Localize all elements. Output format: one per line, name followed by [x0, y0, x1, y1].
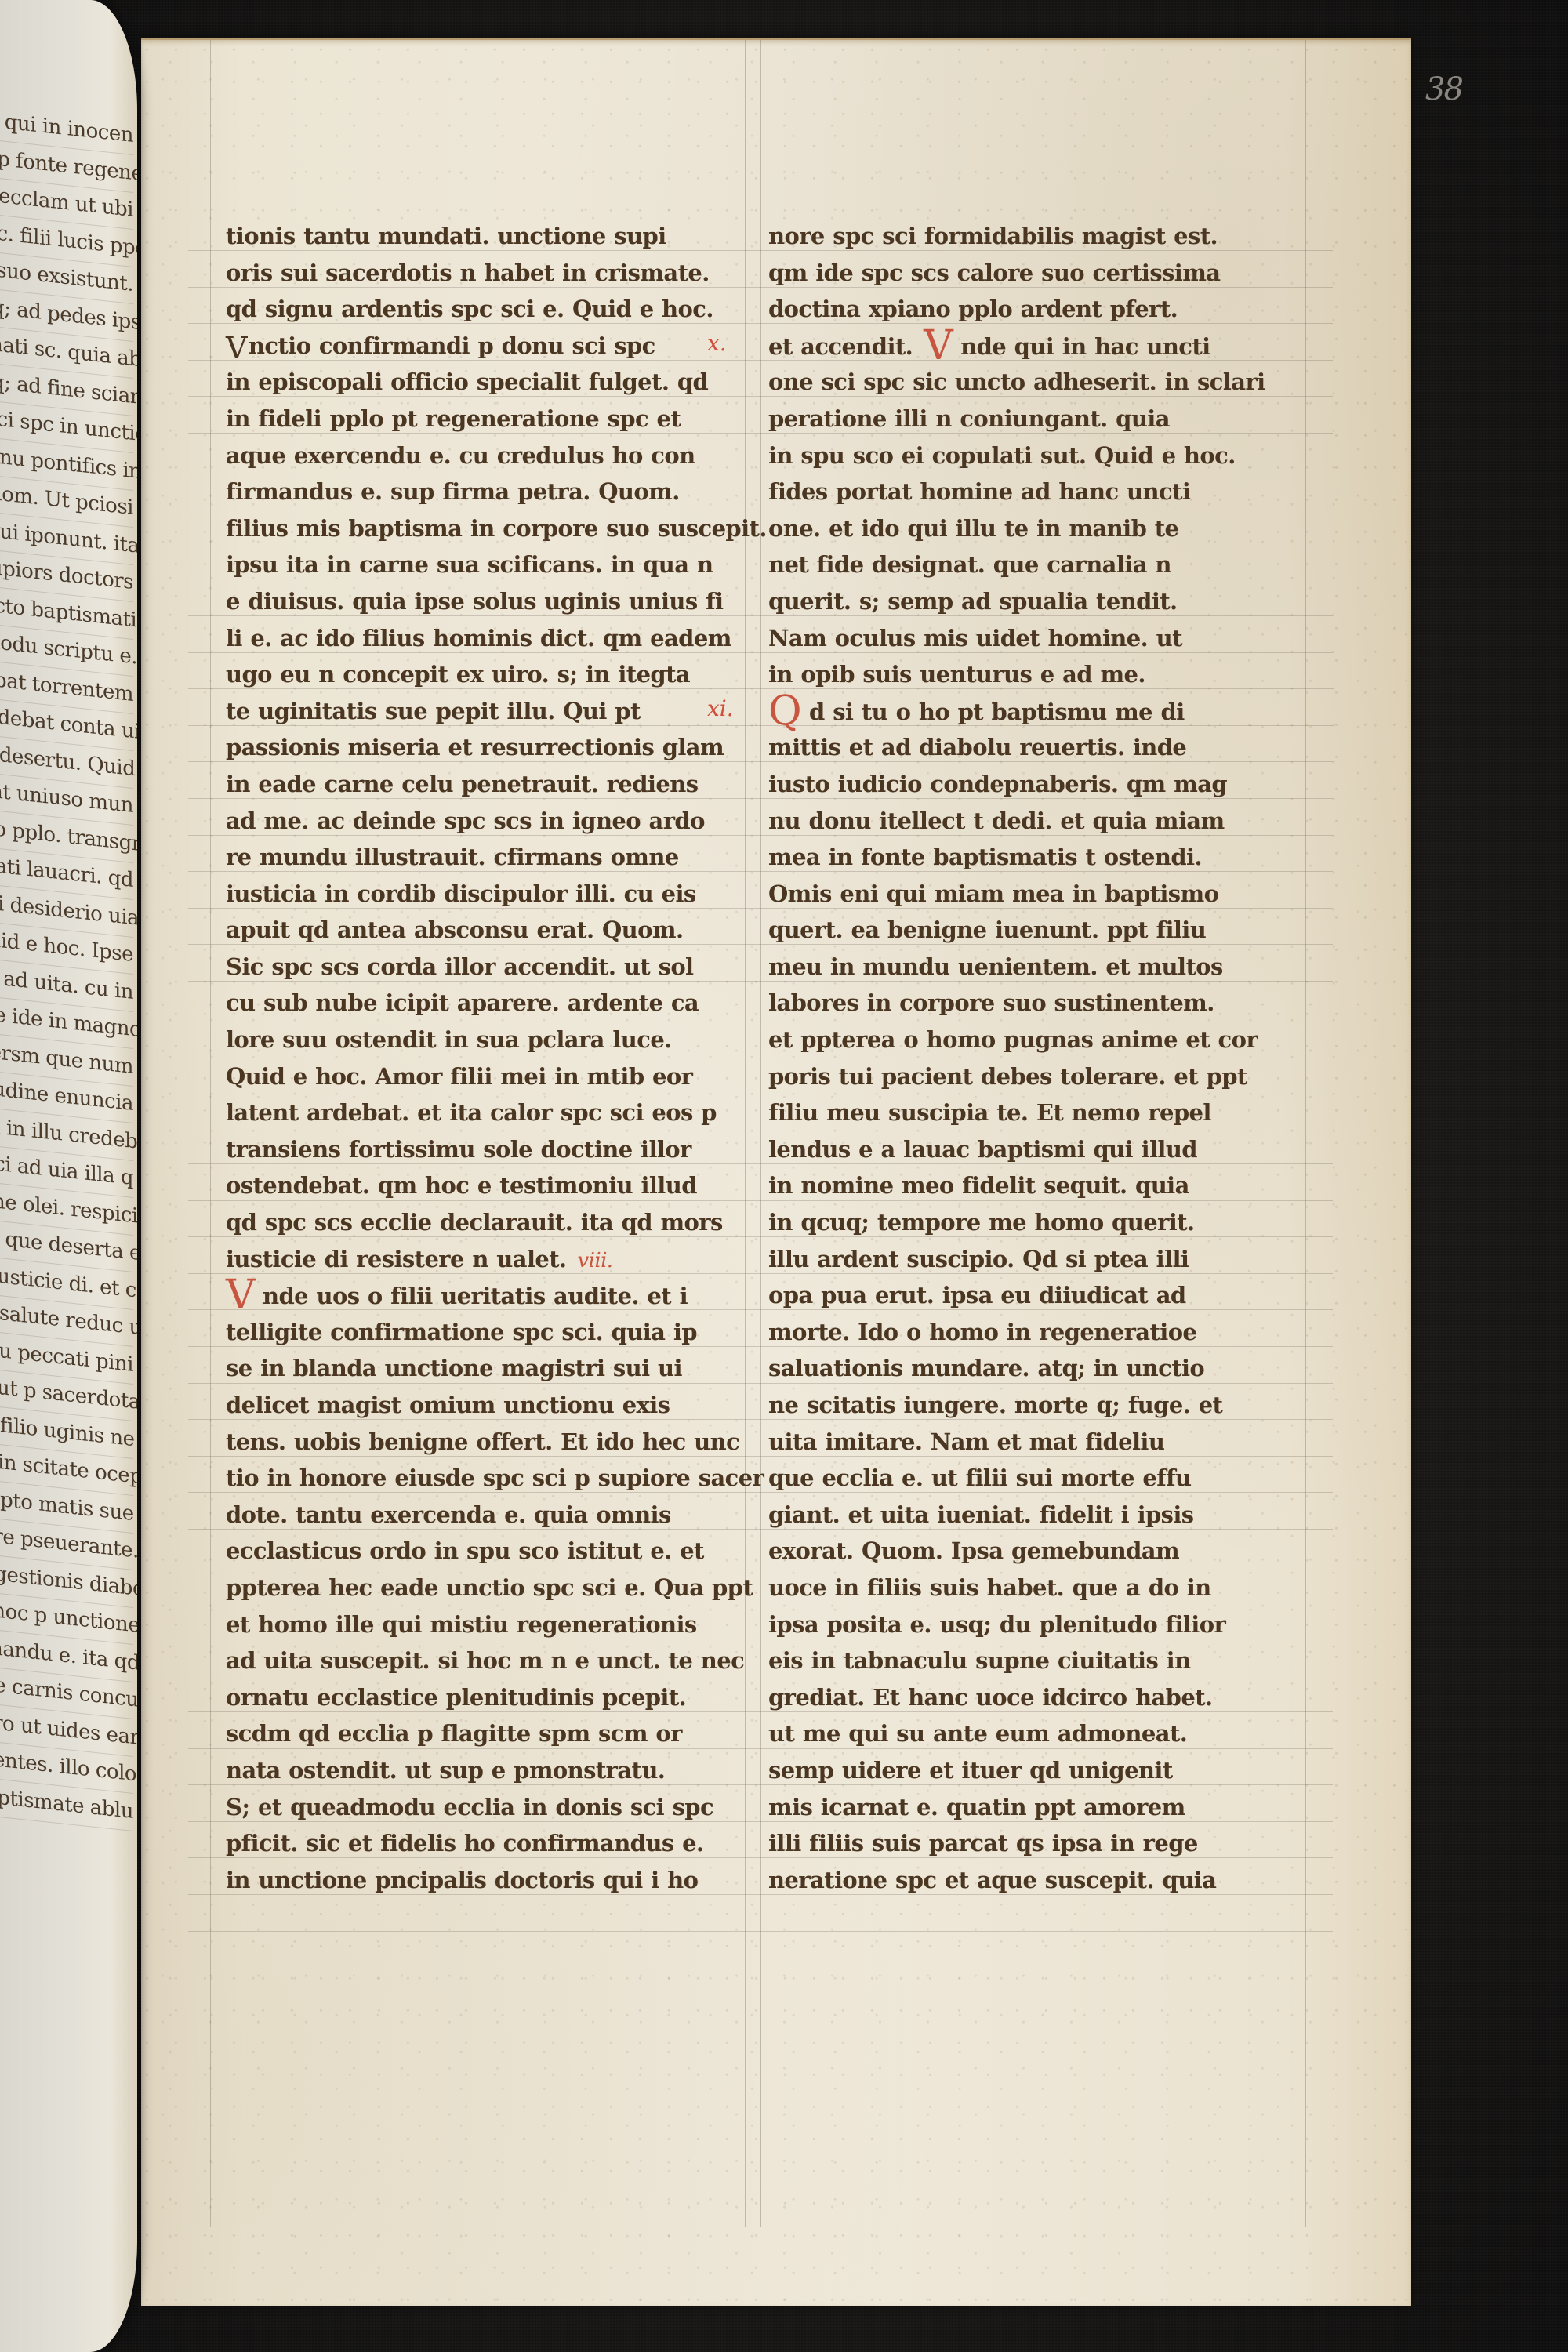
line-text: qd spc scs ecclie declarauit. ita qd mor…: [226, 1209, 723, 1236]
line-text: poris tui pacient debes tolerare. et ppt: [768, 1063, 1247, 1090]
manuscript-line: morte. Ido o homo in regeneratioe: [768, 1316, 1286, 1353]
line-text: uoce in filiis suis habet. que a do in: [768, 1574, 1211, 1601]
manuscript-line: Quid e hoc. Amor filii mei in mtib eor: [226, 1061, 728, 1098]
line-text: ugo eu n concepit ex uiro. s; in itegta: [226, 661, 690, 688]
manuscript-line: pficit. sic et fidelis ho confirmandus e…: [226, 1828, 728, 1864]
manuscript-line: Nam oculus mis uidet homine. ut: [768, 622, 1286, 659]
line-text: morte. Ido o homo in regeneratioe: [768, 1319, 1196, 1345]
rubric-numeral: viii.: [578, 1249, 613, 1272]
line-text: eis in tabnaculu supne ciuitatis in: [768, 1647, 1191, 1674]
manuscript-line: mea in fonte baptismatis t ostendi.: [768, 841, 1286, 878]
line-text: iusticia in cordib discipulor illi. cu e…: [226, 880, 696, 907]
initial-letter: V: [226, 331, 247, 365]
line-text: ad me. ac deinde spc scs in igneo ardo: [226, 808, 705, 834]
line-text: mea in fonte baptismatis t ostendi.: [768, 844, 1202, 870]
manuscript-line: telligite confirmatione spc sci. quia ip: [226, 1316, 728, 1353]
line-text: in unctione pncipalis doctoris qui i ho: [226, 1867, 698, 1893]
line-text: iusticie di resistere n ualet.: [226, 1246, 567, 1272]
manuscript-line: que ecclia e. ut filii sui morte effu: [768, 1462, 1286, 1499]
manuscript-line: ad me. ac deinde spc scs in igneo ardo: [226, 805, 728, 842]
manuscript-line: giant. et uita iueniat. fidelit i ipsis: [768, 1499, 1286, 1536]
manuscript-line: grediat. Et hanc uoce idcirco habet.: [768, 1682, 1286, 1719]
line-text: scdm qd ecclia p flagitte spm scm or: [226, 1720, 682, 1747]
manuscript-line: te uginitatis sue pepit illu. Qui pt: [226, 695, 728, 732]
manuscript-line: ad uita suscepit. si hoc m n e unct. te …: [226, 1645, 728, 1682]
manuscript-line: qm ide spc scs calore suo certissima: [768, 257, 1286, 294]
line-text: et ppterea o homo pugnas anime et cor: [768, 1026, 1258, 1053]
manuscript-line: one sci spc sic uncto adheserit. in scla…: [768, 366, 1286, 403]
line-text: grediat. Et hanc uoce idcirco habet.: [768, 1684, 1212, 1711]
line-text: transiens fortissimu sole doctine illor: [226, 1136, 691, 1163]
line-text: passionis miseria et resurrectionis glam: [226, 734, 724, 760]
verso-page: hu qui in inocenlis p fonte regenerat ec…: [0, 0, 137, 2352]
line-text: tens. uobis benigne offert. Et ido hec u…: [226, 1428, 739, 1455]
line-text: lendus e a lauac baptismi qui illud: [768, 1136, 1197, 1163]
line-text: nde qui in hac uncti: [960, 333, 1210, 360]
line-text: mittis et ad diabolu reuertis. inde: [768, 734, 1186, 760]
line-text: nde uos o filii ueritatis audite. et i: [263, 1283, 688, 1309]
text-column-left: tionis tantu mundati. unctione supioris …: [226, 220, 728, 1900]
manuscript-line: et homo ille qui mistiu regenerationis: [226, 1609, 728, 1646]
line-text: cu sub nube icipit aparere. ardente ca: [226, 989, 699, 1016]
line-text: li e. ac ido filius hominis dict. qm ead…: [226, 625, 731, 652]
manuscript-line: S; et queadmodu ecclia in donis sci spc: [226, 1791, 728, 1828]
manuscript-line: in episcopali officio specialit fulget. …: [226, 366, 728, 403]
recto-page: 38 tionis tantu mundati. unctione supior…: [141, 38, 1411, 2306]
line-text: ne scitatis iungere. morte q; fuge. et: [768, 1392, 1222, 1418]
line-text: dote. tantu exercenda e. quia omnis: [226, 1501, 671, 1528]
line-text: in episcopali officio specialit fulget. …: [226, 368, 708, 395]
line-text: lore suu ostendit in sua pclara luce.: [226, 1026, 672, 1053]
red-initial: V: [924, 322, 953, 369]
manuscript-line: qd signu ardentis spc sci e. Quid e hoc.: [226, 293, 728, 330]
manuscript-line: filiu meu suscipia te. Et nemo repel: [768, 1097, 1286, 1134]
ruling-line: [210, 40, 211, 2227]
manuscript-line: uita imitare. Nam et mat fideliu: [768, 1426, 1286, 1463]
manuscript-line: se in blanda unctione magistri sui ui: [226, 1352, 728, 1389]
manuscript-line: illu ardent suscipio. Qd si ptea illi: [768, 1243, 1286, 1280]
line-text: in eade carne celu penetrauit. rediens: [226, 771, 698, 797]
folio-number: 38: [1425, 71, 1462, 107]
line-text: se in blanda unctione magistri sui ui: [226, 1355, 682, 1381]
manuscript-line: transiens fortissimu sole doctine illor: [226, 1134, 728, 1171]
line-text: que ecclia e. ut filii sui morte effu: [768, 1465, 1192, 1491]
manuscript-line: delicet magist omium unctionu exis: [226, 1389, 728, 1426]
line-text: e diuisus. quia ipse solus uginis unius …: [226, 588, 723, 615]
manuscript-line: labores in corpore suo sustinentem.: [768, 987, 1286, 1024]
manuscript-line: nu donu itellect t dedi. et quia miam: [768, 805, 1286, 842]
manuscript-line: tio in honore eiusde spc sci p supiore s…: [226, 1462, 728, 1499]
manuscript-line: scdm qd ecclia p flagitte spm scm or: [226, 1718, 728, 1755]
manuscript-line: lendus e a lauac baptismi qui illud: [768, 1134, 1286, 1171]
manuscript-line: Vnde uos o filii ueritatis audite. et i: [226, 1279, 728, 1316]
line-text: oris sui sacerdotis n habet in crismate.: [226, 260, 710, 286]
line-text: ecclasticus ordo in spu sco istitut e. e…: [226, 1537, 704, 1564]
line-text: nu donu itellect t dedi. et quia miam: [768, 808, 1225, 834]
line-text: filiu meu suscipia te. Et nemo repel: [768, 1099, 1211, 1126]
line-text: quert. ea benigne iuenunt. ppt filiu: [768, 916, 1206, 943]
ruling-line: [1290, 40, 1290, 2227]
line-text: pficit. sic et fidelis ho confirmandus e…: [226, 1830, 703, 1857]
manuscript-line: doctina xpiano pplo ardent pfert.: [768, 293, 1286, 330]
line-text: fides portat homine ad hanc uncti: [768, 478, 1190, 505]
manuscript-line: exorat. Quom. Ipsa gemebundam: [768, 1535, 1286, 1572]
manuscript-line: net fide designat. que carnalia n: [768, 549, 1286, 586]
line-text: uita imitare. Nam et mat fideliu: [768, 1428, 1164, 1455]
line-text: one. et ido qui illu te in manib te: [768, 515, 1178, 542]
manuscript-line: iusticie di resistere n ualet.viii.: [226, 1243, 728, 1280]
manuscript-line: iusto iudicio condepnaberis. qm mag: [768, 768, 1286, 805]
line-text: one sci spc sic uncto adheserit. in scla…: [768, 368, 1265, 395]
manuscript-line: Qd si tu o ho pt baptismu me di: [768, 695, 1286, 732]
manuscript-line: oris sui sacerdotis n habet in crismate.: [226, 257, 728, 294]
line-text: querit. s; semp ad spualia tendit.: [768, 588, 1178, 615]
line-text: tio in honore eiusde spc sci p supiore s…: [226, 1465, 764, 1491]
line-text: tionis tantu mundati. unctione supi: [226, 223, 666, 249]
line-text: mis icarnat e. quatin ppt amorem: [768, 1794, 1185, 1820]
manuscript-line: Vnctio confirmandi p donu sci spc: [226, 330, 728, 367]
manuscript-line: opa pua erut. ipsa eu diiudicat ad: [768, 1279, 1286, 1316]
line-text: opa pua erut. ipsa eu diiudicat ad: [768, 1282, 1186, 1308]
manuscript-line: passionis miseria et resurrectionis glam: [226, 731, 728, 768]
line-text: filius mis baptisma in corpore suo susce…: [226, 515, 767, 542]
ruling-line: [745, 40, 746, 2227]
line-text: ipsu ita in carne sua scificans. in qua …: [226, 551, 713, 578]
manuscript-line: et ppterea o homo pugnas anime et cor: [768, 1024, 1286, 1061]
line-text: nore spc sci formidabilis magist est.: [768, 223, 1218, 249]
line-text: qd signu ardentis spc sci e. Quid e hoc.: [226, 296, 713, 322]
manuscript-line: nata ostendit. ut sup e pmonstratu.: [226, 1755, 728, 1791]
manuscript-line: Sic spc scs corda illor accendit. ut sol: [226, 951, 728, 988]
manuscript-line: one. et ido qui illu te in manib te: [768, 513, 1286, 550]
line-text: semp uidere et ituer qd unigenit: [768, 1757, 1173, 1784]
line-text: nctio confirmandi p donu sci spc: [249, 332, 655, 359]
manuscript-line: dote. tantu exercenda e. quia omnis: [226, 1499, 728, 1536]
manuscript-line: ecclasticus ordo in spu sco istitut e. e…: [226, 1535, 728, 1572]
manuscript-line: nore spc sci formidabilis magist est.: [768, 220, 1286, 257]
manuscript-line: et accendit.Vnde qui in hac uncti: [768, 330, 1286, 367]
line-text: Nam oculus mis uidet homine. ut: [768, 625, 1182, 652]
line-text: nata ostendit. ut sup e pmonstratu.: [226, 1757, 665, 1784]
manuscript-line: cu sub nube icipit aparere. ardente ca: [226, 987, 728, 1024]
manuscript-line: ornatu ecclastice plenitudinis pcepit.: [226, 1682, 728, 1719]
line-text: illi filiis suis parcat qs ipsa in rege: [768, 1830, 1198, 1857]
manuscript-line: in fideli pplo pt regeneratione spc et: [226, 403, 728, 440]
line-text: doctina xpiano pplo ardent pfert.: [768, 296, 1178, 322]
manuscript-line: apuit qd antea absconsu erat. Quom.: [226, 914, 728, 951]
line-text: S; et queadmodu ecclia in donis sci spc: [226, 1794, 713, 1820]
line-text: ostendebat. qm hoc e testimoniu illud: [226, 1172, 697, 1199]
line-text: apuit qd antea absconsu erat. Quom.: [226, 916, 684, 943]
manuscript-line: uoce in filiis suis habet. que a do in: [768, 1572, 1286, 1609]
line-text: et homo ille qui mistiu regenerationis: [226, 1611, 697, 1638]
ruling-line: [223, 40, 223, 2227]
line-text: in spu sco ei copulati sut. Quid e hoc.: [768, 442, 1236, 469]
line-text: et accendit.: [768, 333, 913, 360]
manuscript-line: neratione spc et aque suscepit. quia: [768, 1864, 1286, 1901]
manuscript-line: eis in tabnaculu supne ciuitatis in: [768, 1645, 1286, 1682]
line-text: Omis eni qui miam mea in baptismo: [768, 880, 1218, 907]
manuscript-line: ppterea hec eade unctio spc sci e. Qua p…: [226, 1572, 728, 1609]
line-text: in nomine meo fidelit sequit. quia: [768, 1172, 1189, 1199]
line-text: ppterea hec eade unctio spc sci e. Qua p…: [226, 1574, 753, 1601]
line-text: ut me qui su ante eum admoneat.: [768, 1720, 1187, 1747]
line-text: net fide designat. que carnalia n: [768, 551, 1171, 578]
manuscript-line: peratione illi n coniungant. quia: [768, 403, 1286, 440]
line-text: telligite confirmatione spc sci. quia ip: [226, 1319, 697, 1345]
manuscript-line: semp uidere et ituer qd unigenit: [768, 1755, 1286, 1791]
manuscript-line: ugo eu n concepit ex uiro. s; in itegta: [226, 659, 728, 695]
line-text: qm ide spc scs calore suo certissima: [768, 260, 1221, 286]
line-text: Quid e hoc. Amor filii mei in mtib eor: [226, 1063, 692, 1090]
verso-text-fragments: hu qui in inocenlis p fonte regenerat ec…: [0, 118, 133, 1831]
manuscript-line: in nomine meo fidelit sequit. quia: [768, 1170, 1286, 1207]
line-text: labores in corpore suo sustinentem.: [768, 989, 1214, 1016]
line-text: neratione spc et aque suscepit. quia: [768, 1867, 1216, 1893]
manuscript-line: quert. ea benigne iuenunt. ppt filiu: [768, 914, 1286, 951]
line-text: re mundu illustrauit. cfirmans omne: [226, 844, 679, 870]
ruling-line: [1305, 40, 1306, 2227]
manuscript-line: ostendebat. qm hoc e testimoniu illud: [226, 1170, 728, 1207]
manuscript-line: in spu sco ei copulati sut. Quid e hoc.: [768, 440, 1286, 477]
manuscript-line: firmandus e. sup firma petra. Quom.: [226, 476, 728, 513]
line-text: iusto iudicio condepnaberis. qm mag: [768, 771, 1227, 797]
ruling-line: [760, 40, 761, 2227]
manuscript-line: ut me qui su ante eum admoneat.: [768, 1718, 1286, 1755]
line-text: aque exercendu e. cu credulus ho con: [226, 442, 695, 469]
manuscript-line: meu in mundu uenientem. et multos: [768, 951, 1286, 988]
line-text: firmandus e. sup firma petra. Quom.: [226, 478, 680, 505]
line-text: in opib suis uenturus e ad me.: [768, 661, 1145, 688]
manuscript-line: latent ardebat. et ita calor spc sci eos…: [226, 1097, 728, 1134]
manuscript-line: poris tui pacient debes tolerare. et ppt: [768, 1061, 1286, 1098]
manuscript-line: in opib suis uenturus e ad me.: [768, 659, 1286, 695]
manuscript-line: in unctione pncipalis doctoris qui i ho: [226, 1864, 728, 1901]
manuscript-line: saluationis mundare. atq; in unctio: [768, 1352, 1286, 1389]
manuscript-line: aque exercendu e. cu credulus ho con: [226, 440, 728, 477]
manuscript-line: tens. uobis benigne offert. Et ido hec u…: [226, 1426, 728, 1463]
manuscript-line: tionis tantu mundati. unctione supi: [226, 220, 728, 257]
manuscript-spread: hu qui in inocenlis p fonte regenerat ec…: [0, 0, 1568, 2352]
line-text: in qcuq; tempore me homo querit.: [768, 1209, 1194, 1236]
manuscript-line: mittis et ad diabolu reuertis. inde: [768, 731, 1286, 768]
marginal-rubric-numeral: xi.: [707, 695, 734, 721]
red-initial: Q: [768, 688, 801, 735]
manuscript-line: lore suu ostendit in sua pclara luce.: [226, 1024, 728, 1061]
manuscript-line: ipsa posita e. usq; du plenitudo filior: [768, 1609, 1286, 1646]
manuscript-line: in eade carne celu penetrauit. rediens: [226, 768, 728, 805]
line-text: ornatu ecclastice plenitudinis pcepit.: [226, 1684, 686, 1711]
text-column-right: nore spc sci formidabilis magist est.qm …: [768, 220, 1286, 1900]
manuscript-line: illi filiis suis parcat qs ipsa in rege: [768, 1828, 1286, 1864]
line-text: delicet magist omium unctionu exis: [226, 1392, 670, 1418]
manuscript-line: fides portat homine ad hanc uncti: [768, 476, 1286, 513]
manuscript-line: in qcuq; tempore me homo querit.: [768, 1207, 1286, 1243]
line-text: ipsa posita e. usq; du plenitudo filior: [768, 1611, 1225, 1638]
line-text: Sic spc scs corda illor accendit. ut sol: [226, 953, 693, 980]
manuscript-line: qd spc scs ecclie declarauit. ita qd mor…: [226, 1207, 728, 1243]
ruling-line: [188, 1931, 1333, 1932]
line-text: in fideli pplo pt regeneratione spc et: [226, 405, 681, 432]
red-initial: V: [226, 1272, 255, 1319]
manuscript-line: filius mis baptisma in corpore suo susce…: [226, 513, 728, 550]
manuscript-line: mis icarnat e. quatin ppt amorem: [768, 1791, 1286, 1828]
manuscript-line: querit. s; semp ad spualia tendit.: [768, 586, 1286, 622]
line-text: ad uita suscepit. si hoc m n e unct. te …: [226, 1647, 744, 1674]
line-text: exorat. Quom. Ipsa gemebundam: [768, 1537, 1179, 1564]
manuscript-line: re mundu illustrauit. cfirmans omne: [226, 841, 728, 878]
line-text: giant. et uita iueniat. fidelit i ipsis: [768, 1501, 1194, 1528]
marginal-rubric-numeral: x.: [707, 330, 727, 356]
line-text: te uginitatis sue pepit illu. Qui pt: [226, 698, 641, 724]
line-text: peratione illi n coniungant. quia: [768, 405, 1170, 432]
line-text: meu in mundu uenientem. et multos: [768, 953, 1223, 980]
manuscript-line: e diuisus. quia ipse solus uginis unius …: [226, 586, 728, 622]
manuscript-line: ipsu ita in carne sua scificans. in qua …: [226, 549, 728, 586]
manuscript-line: ne scitatis iungere. morte q; fuge. et: [768, 1389, 1286, 1426]
manuscript-line: Omis eni qui miam mea in baptismo: [768, 878, 1286, 915]
line-text: illu ardent suscipio. Qd si ptea illi: [768, 1246, 1189, 1272]
line-text: latent ardebat. et ita calor spc sci eos…: [226, 1099, 717, 1126]
line-text: saluationis mundare. atq; in unctio: [768, 1355, 1204, 1381]
manuscript-line: li e. ac ido filius hominis dict. qm ead…: [226, 622, 728, 659]
line-text: d si tu o ho pt baptismu me di: [809, 699, 1185, 725]
manuscript-line: iusticia in cordib discipulor illi. cu e…: [226, 878, 728, 915]
